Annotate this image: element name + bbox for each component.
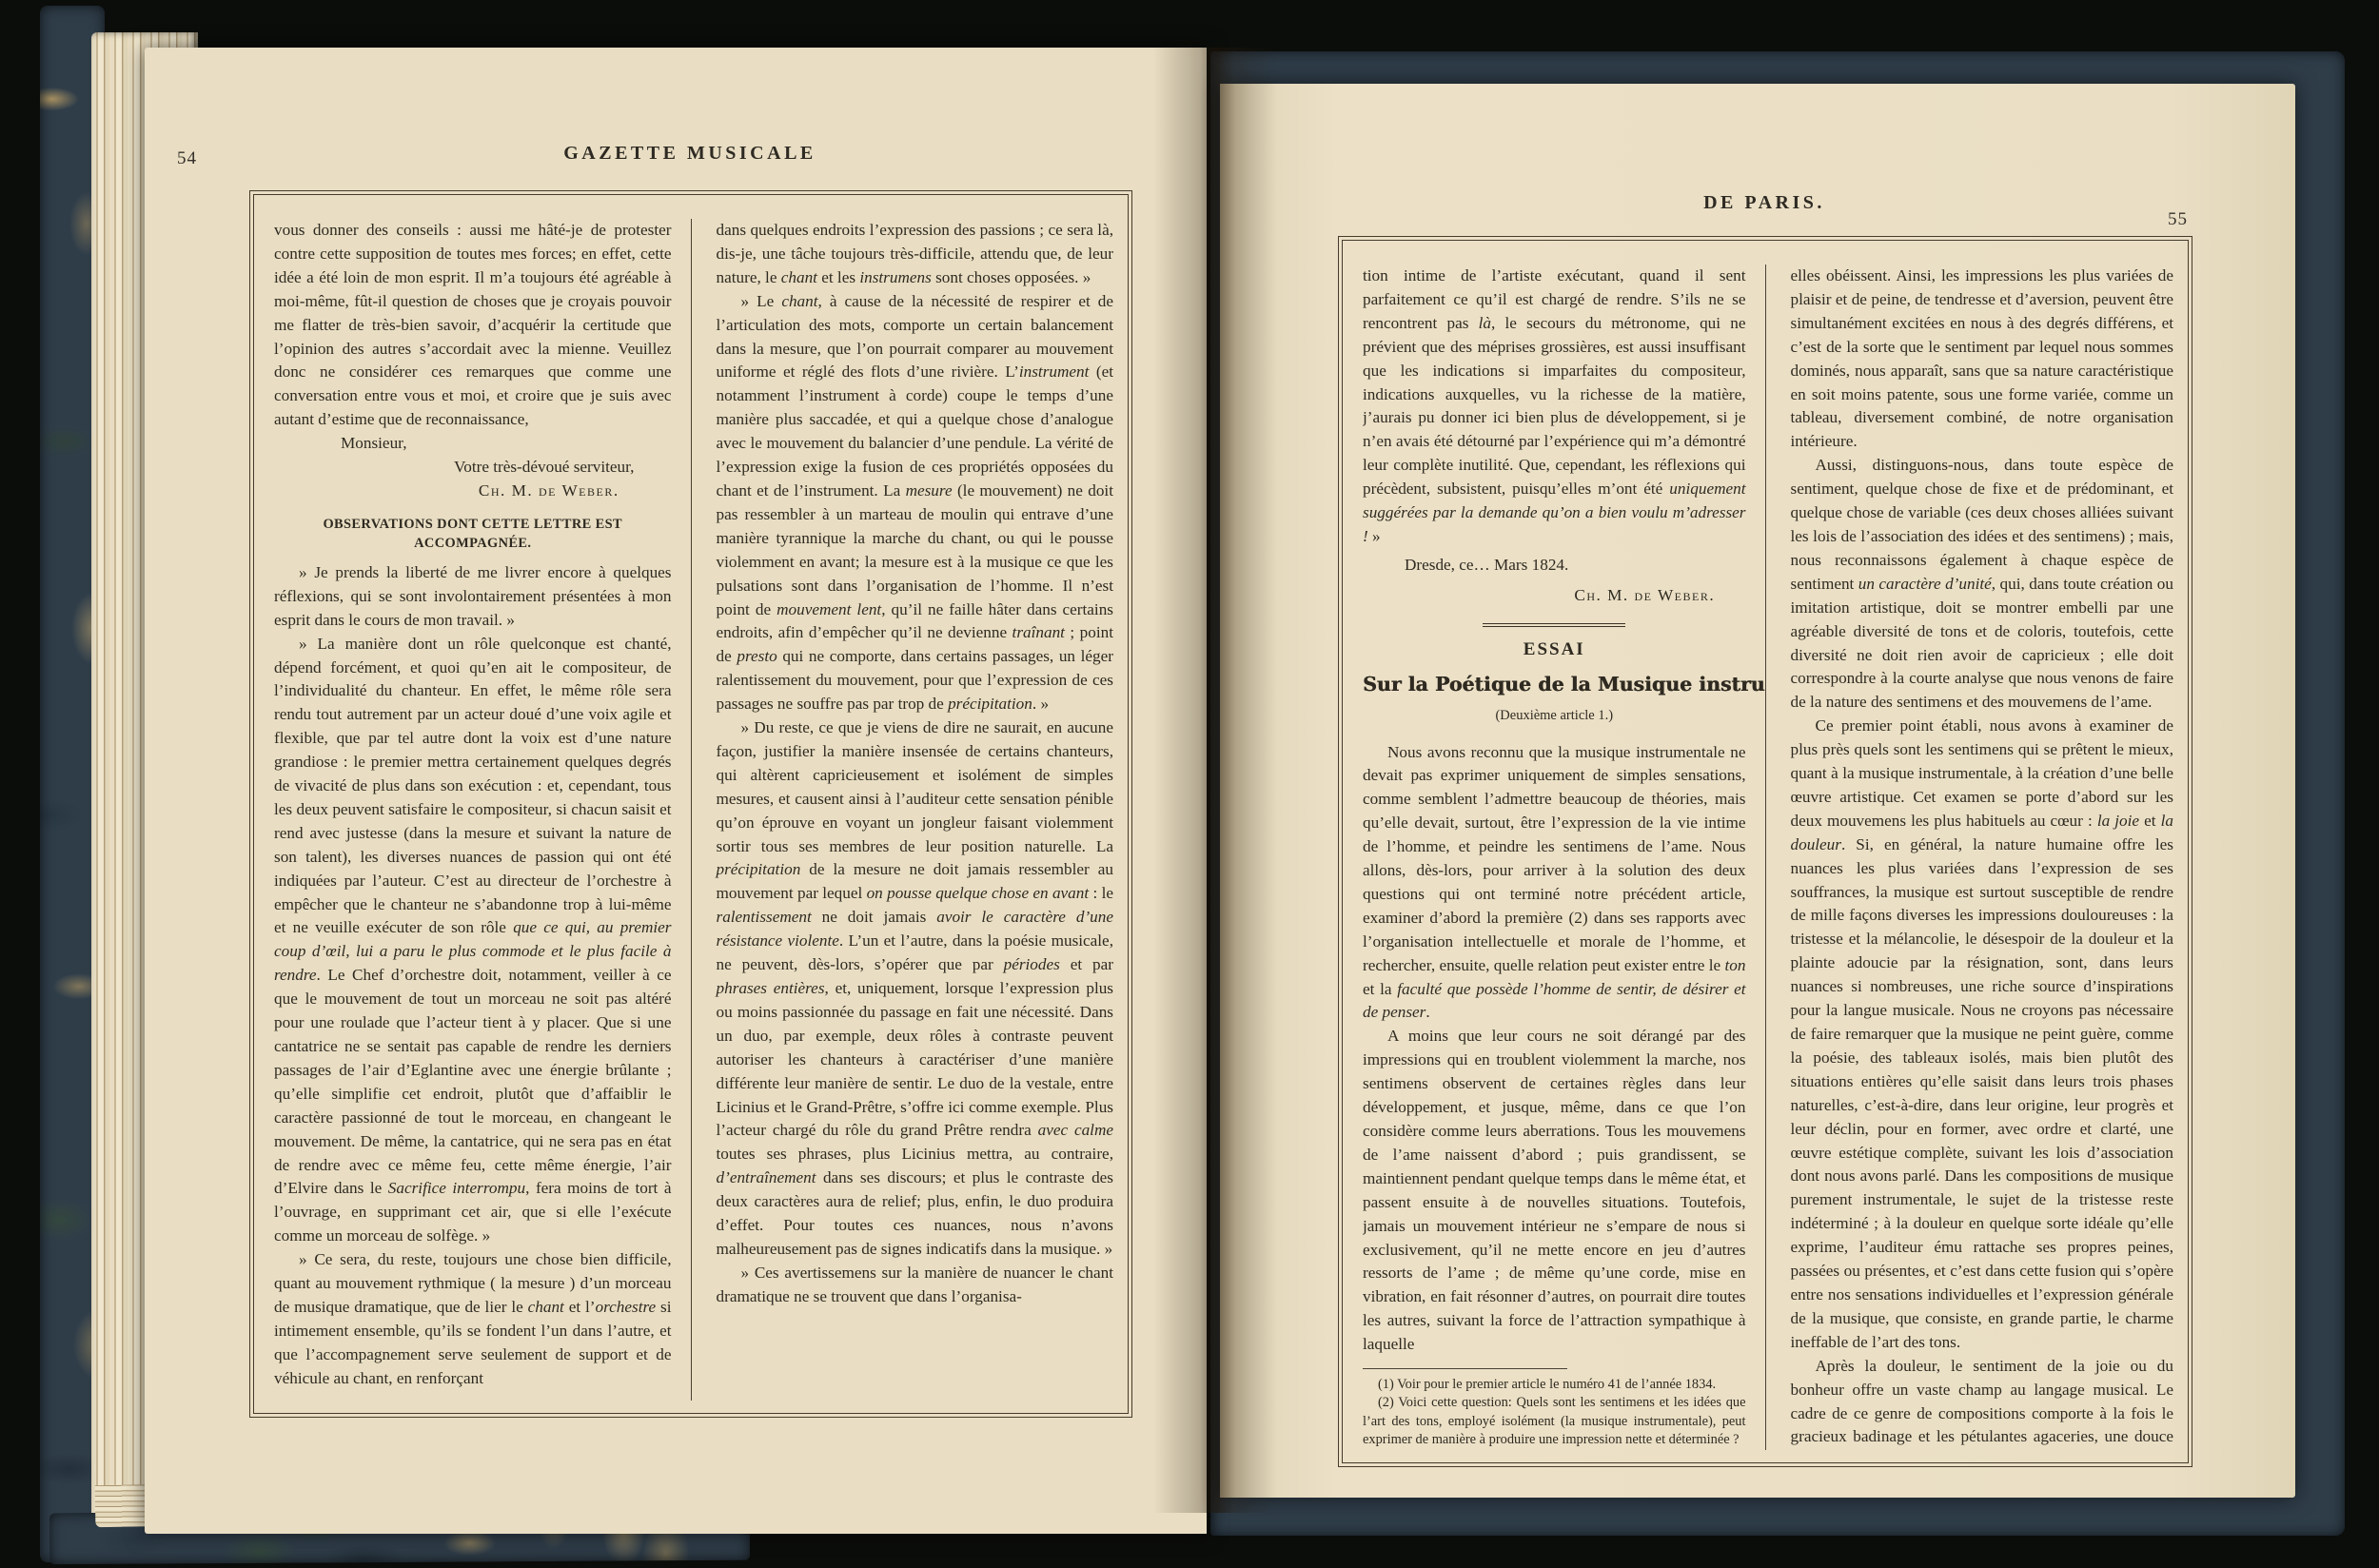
paragraph: Sur la Poétique de la Musique instrument… [1363,670,1746,698]
left-column-2: dans quelques endroits l’expression des … [691,219,1114,1401]
paragraph: dans quelques endroits l’expression des … [717,219,1114,290]
footnote: (1) Voir pour le premier article le numé… [1363,1376,1746,1395]
paragraph: Dresde, ce… Mars 1824. [1363,554,1746,578]
paragraph: Nous avons reconnu que la musique instru… [1363,741,1746,1026]
right-column-1: tion intime de l’artiste exécutant, quan… [1363,265,1765,1450]
paragraph: » Ce sera, du reste, toujours une chose … [274,1248,672,1390]
paragraph: Aussi, distinguons-nous, dans toute espè… [1791,454,2174,715]
paragraph: vous donner des conseils : aussi me hâté… [274,219,672,432]
left-columns: vous donner des conseils : aussi me hâté… [255,196,1127,1412]
paragraph: OBSERVATIONS DONT CETTE LETTRE EST ACCOM… [274,515,672,553]
right-column-1-body: tion intime de l’artiste exécutant, quan… [1363,265,1746,1357]
left-text-frame: vous donner des conseils : aussi me hâté… [249,190,1132,1418]
right-text-frame: tion intime de l’artiste exécutant, quan… [1338,236,2192,1467]
paragraph: » Le chant, à cause de la nécessité de r… [717,290,1114,716]
book-scan-scene: { "book": { "left_page": { "page_number"… [0,0,2379,1568]
left-column-1: vous donner des conseils : aussi me hâté… [274,219,691,1401]
running-title-right: DE PARIS. [1338,192,2191,214]
right-columns: tion intime de l’artiste exécutant, quan… [1344,242,2187,1461]
paragraph: » La manière dont un rôle quelconque est… [274,633,672,1249]
paragraph: Après la douleur, le sentiment de la joi… [1791,1355,2174,1450]
paragraph: Ch. M. de Weber. [274,480,672,503]
paragraph: Ch. M. de Weber. [1363,584,1746,608]
paragraph: (Deuxième article 1.) [1363,704,1746,728]
footnotes: (1) Voir pour le premier article le numé… [1363,1376,1746,1450]
paragraph: Votre très-dévoué serviteur, [274,456,672,480]
paragraph: » Je prends la liberté de me livrer enco… [274,561,672,633]
running-title-left: GAZETTE MUSICALE [249,143,1131,165]
footnote: (2) Voici cette question: Quels sont les… [1363,1394,1746,1450]
right-column-2: elles obéissent. Ainsi, les impressions … [1765,265,2174,1450]
paragraph: Ce premier point établi, nous avons à ex… [1791,715,2174,1354]
paragraph: ESSAI [1363,638,1746,662]
paragraph: A moins que leur cours ne soit dérangé p… [1363,1025,1746,1357]
paragraph: » Ces avertissemens sur la manière de nu… [717,1262,1114,1309]
page-number-right: 55 [2168,209,2188,230]
page-number-left: 54 [177,148,197,169]
paragraph: tion intime de l’artiste exécutant, quan… [1363,265,1746,549]
paragraph: » Du reste, ce que je viens de dire ne s… [717,716,1114,1262]
footnote-block: (1) Voir pour le premier article le numé… [1363,1362,1746,1450]
paragraph: elles obéissent. Ainsi, les impressions … [1791,265,2174,454]
footnote-rule [1363,1368,1567,1369]
paragraph: Monsieur, [274,432,672,456]
paragraph [1483,623,1625,627]
